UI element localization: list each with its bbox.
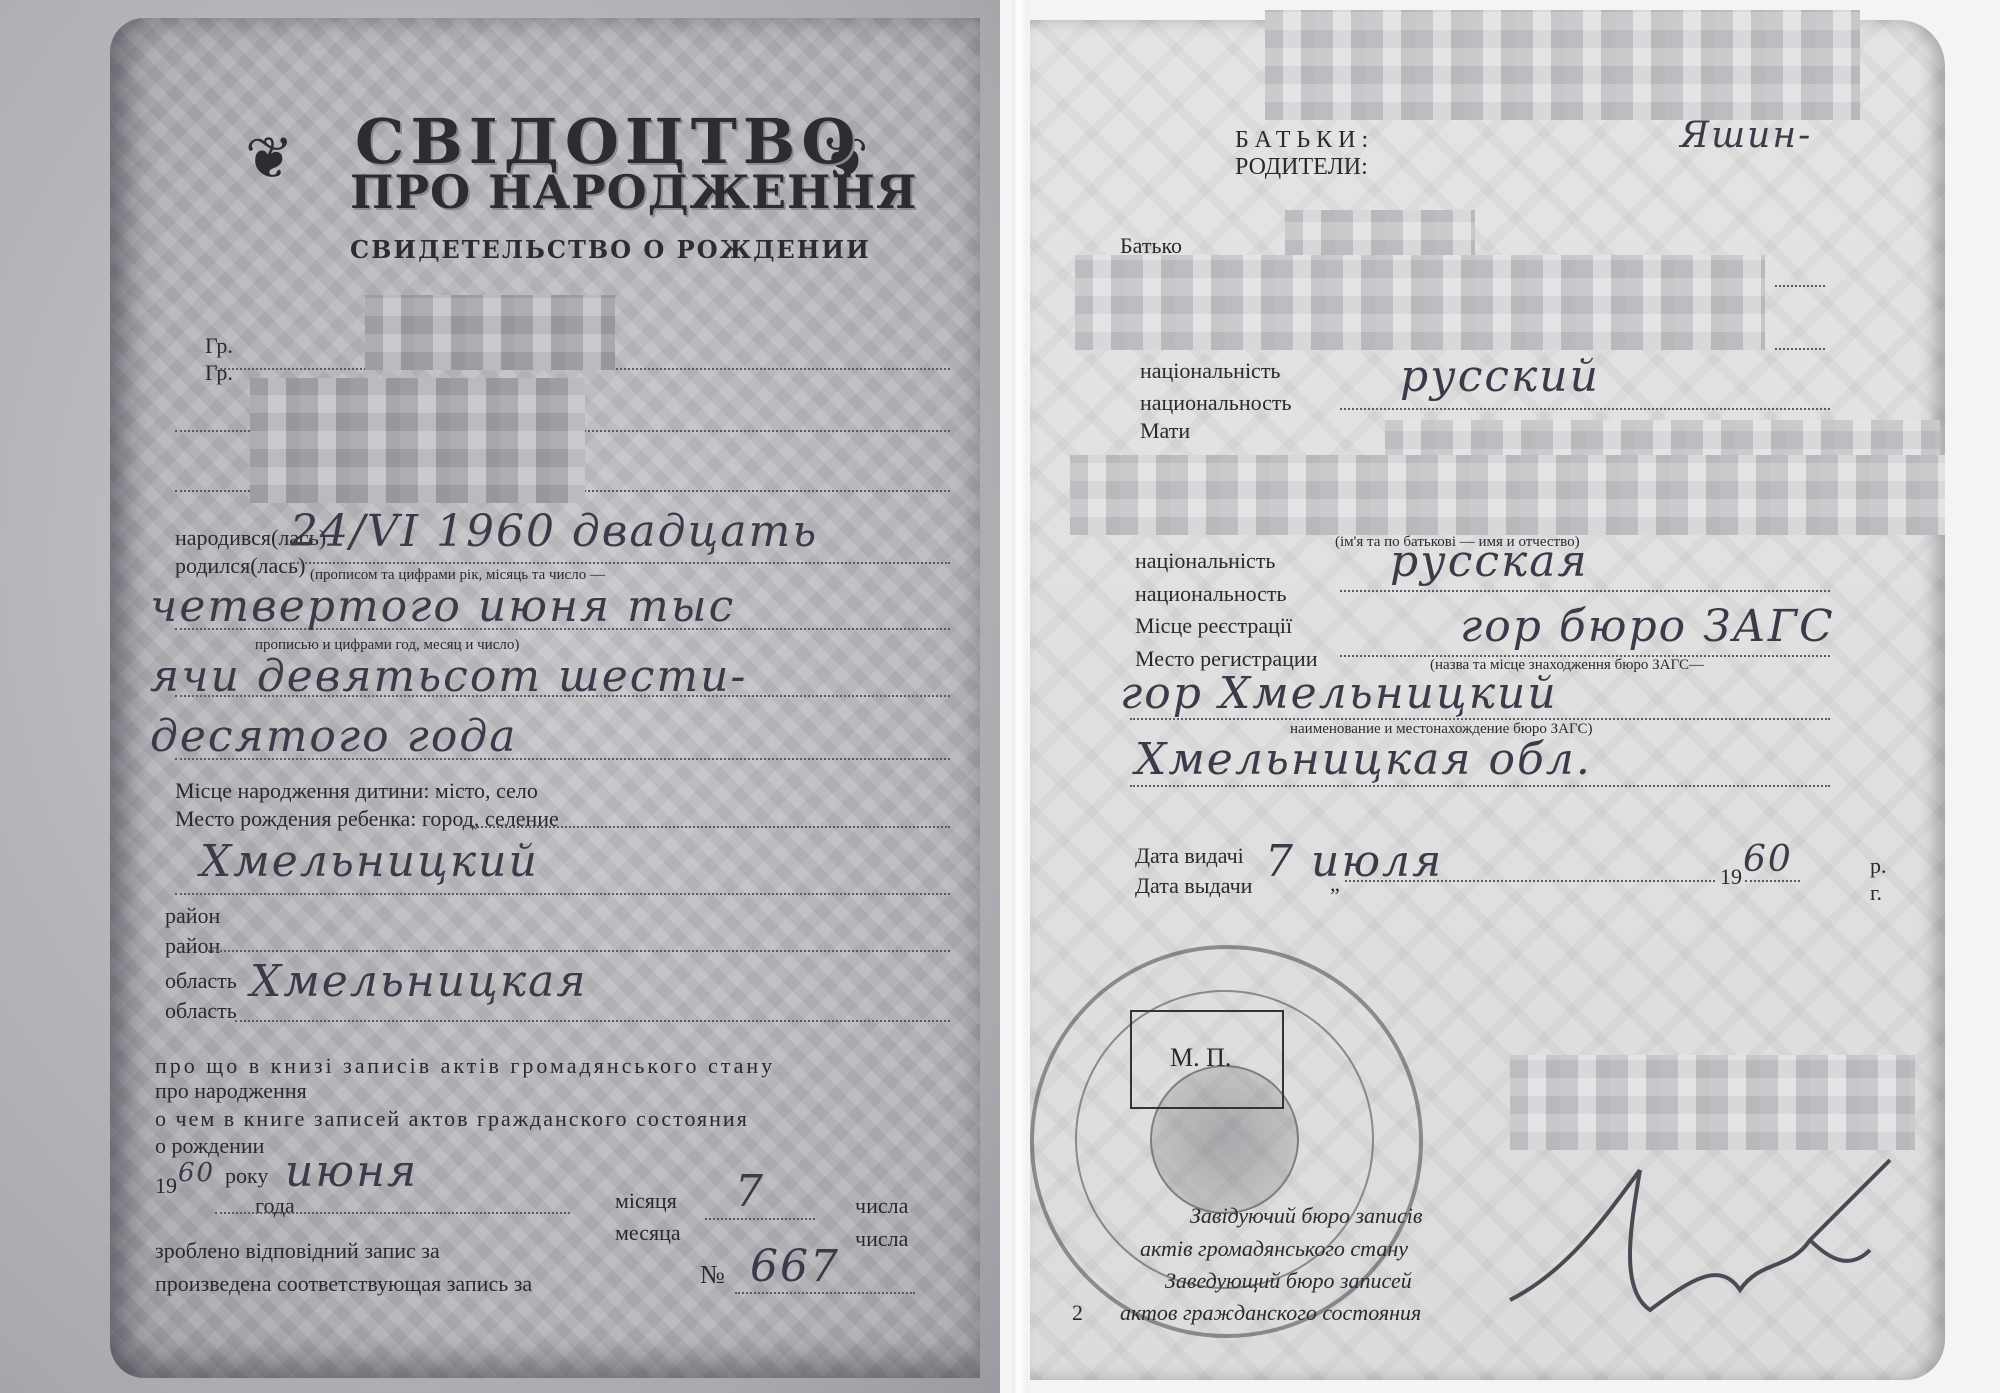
born-date-handwritten-1: 24/VI 1960 двадцать — [290, 510, 818, 554]
dotted-line — [705, 1218, 815, 1220]
head-title-ua-1: Завідуючий бюро записів — [1190, 1205, 1422, 1227]
dotted-line — [205, 950, 950, 952]
issue-date-handwritten: 7 июля — [1265, 840, 1443, 884]
dotted-line — [235, 1020, 950, 1022]
dotted-line — [175, 893, 950, 895]
issue-date-label-ua: Дата видачі — [1135, 845, 1244, 867]
redacted-mother-name — [1070, 455, 1945, 535]
year-handwritten: 60 — [178, 1160, 215, 1186]
redacted-citizen-name — [250, 378, 585, 503]
parents-label-ua: БАТЬКИ: — [1235, 128, 1374, 152]
father-nationality-handwritten: русский — [1400, 355, 1600, 399]
registration-label-ru: Место регистрации — [1135, 648, 1317, 670]
dotted-line — [735, 1292, 915, 1294]
dotted-line — [470, 826, 950, 828]
year-prefix: 19 — [155, 1175, 177, 1197]
citizen-label-ua: Гр. — [205, 335, 233, 357]
born-date-handwritten-3: ячи девятьсот шести- — [150, 655, 747, 699]
dotted-line — [1130, 718, 1830, 720]
entry-made-ua: зроблено відповідний запис за — [155, 1240, 440, 1262]
dotted-line — [1745, 880, 1800, 882]
dotted-line — [1775, 285, 1825, 287]
ornament-left-icon: ❦ — [245, 130, 294, 188]
head-title-ru-2: актов гражданского состояния — [1120, 1302, 1421, 1324]
record-text-ru-1: о чем в книге записей актов гражданского… — [155, 1108, 749, 1130]
day-handwritten: 7 — [735, 1170, 765, 1214]
dotted-line — [215, 1212, 570, 1214]
entry-no-handwritten: 667 — [750, 1245, 840, 1289]
region-handwritten: Хмельницкая — [250, 960, 587, 1004]
mother-nationality-handwritten: русская — [1390, 540, 1589, 584]
page-number: 2 — [1072, 1302, 1083, 1324]
entry-made-ru: произведена соответствующая запись за — [155, 1273, 532, 1295]
redacted-citizen-surname — [365, 295, 615, 370]
father-nationality-label-ua: національність — [1140, 360, 1280, 382]
month-handwritten: июня — [285, 1150, 418, 1194]
redacted-official-name — [1510, 1055, 1915, 1150]
registration-handwritten-2: гор Хмельницкий — [1120, 672, 1558, 716]
year-label-ua: року — [225, 1165, 268, 1187]
title-ua-line2: ПРО НАРОДЖЕННЯ — [350, 165, 918, 219]
issue-year-suffix-ru: г. — [1870, 882, 1882, 904]
region-label-ua: область — [165, 970, 237, 992]
issue-date-label-ru: Дата выдачи — [1135, 875, 1252, 897]
mother-label-ua: Мати — [1140, 420, 1190, 442]
dotted-line — [1130, 785, 1830, 787]
book-spine — [1012, 0, 1028, 1393]
seal-label: М. П. — [1170, 1045, 1231, 1071]
birthplace-label-ua: Місце народження дитини: місто, село — [175, 780, 538, 802]
parents-label-ru: РОДИТЕЛИ: — [1235, 155, 1368, 179]
dotted-line — [290, 562, 950, 564]
dotted-line — [1340, 408, 1830, 410]
region-label-ru: область — [165, 1000, 237, 1022]
issue-year-suffix-ua: р. — [1870, 855, 1887, 877]
redacted-header — [1265, 10, 1860, 120]
issue-year-prefix: 19 — [1720, 866, 1742, 888]
redacted-father-name — [1075, 255, 1765, 350]
mother-nationality-label-ru: национальность — [1135, 583, 1287, 605]
citizen-label-ru: Гр. — [205, 362, 233, 384]
born-label-ru: родился(лась) — [175, 555, 305, 577]
birthplace-handwritten: Хмельницкий — [200, 840, 539, 884]
month-label-ua: місяця — [615, 1190, 677, 1212]
title-ru: СВИДЕТЕЛЬСТВО О РОЖДЕНИИ — [350, 235, 871, 264]
registration-label-ua: Місце реєстрації — [1135, 615, 1292, 637]
month-label-ru: месяца — [615, 1222, 681, 1244]
issue-year-handwritten: 60 — [1743, 842, 1793, 878]
top-signature: Яшин- — [1680, 118, 1812, 154]
day-label-ru: числа — [855, 1228, 908, 1250]
dotted-line — [1340, 590, 1830, 592]
registration-handwritten-3: Хмельницкая обл. — [1135, 738, 1592, 782]
registration-handwritten-1: гор бюро ЗАГС — [1460, 605, 1835, 649]
record-text-ua-2: про народження — [155, 1080, 307, 1102]
head-title-ua-2: актів громадянського стану — [1140, 1238, 1408, 1260]
dotted-line — [1345, 880, 1715, 882]
born-date-handwritten-4: десятого года — [150, 715, 517, 759]
district-label-ua: район — [165, 905, 220, 927]
official-signature — [1490, 1150, 1910, 1350]
record-text-ua-1: про що в книзі записів актів громадянськ… — [155, 1055, 775, 1077]
dotted-line — [1775, 348, 1825, 350]
head-title-ru-1: Заведующий бюро записей — [1165, 1270, 1412, 1292]
father-nationality-label-ru: национальность — [1140, 392, 1292, 414]
mother-nationality-label-ua: національність — [1135, 550, 1275, 572]
entry-no-label: № — [700, 1262, 725, 1288]
day-label-ua: числа — [855, 1195, 908, 1217]
born-date-handwritten-2: четвертого июня тыс — [150, 585, 735, 629]
record-text-ru-2: о рождении — [155, 1135, 264, 1157]
district-label-ru: район — [165, 935, 220, 957]
father-label: Батько — [1120, 235, 1182, 257]
